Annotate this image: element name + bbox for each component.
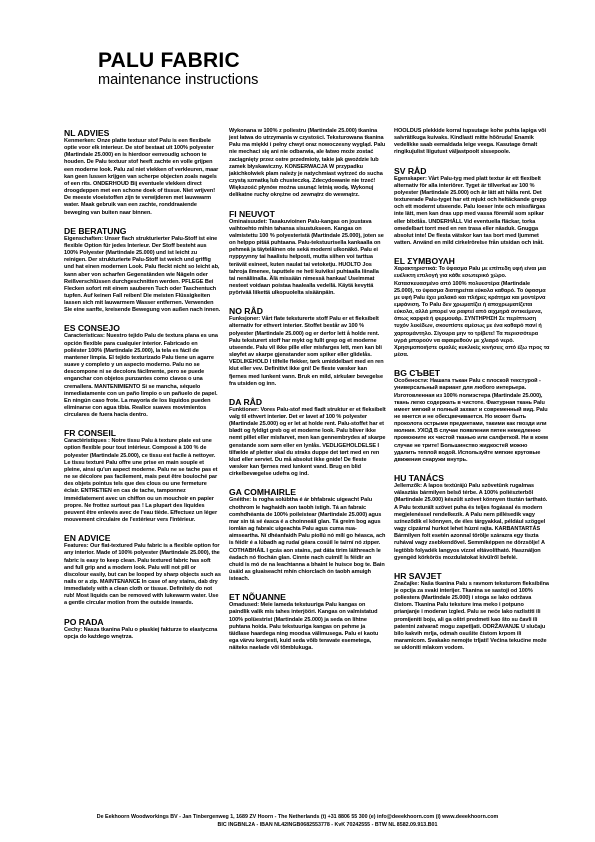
section-body: Особености: Нашата тъкан Palu с плоской … — [394, 378, 551, 464]
section-el: EL ΣΥΜΒΟΥΛΗ Χαρακτηριστικά: Το ύφασμα Pa… — [394, 256, 551, 359]
section-hu: HU TANÁCS Jellemzők: A lapos textúrájú P… — [394, 473, 551, 562]
footer-bank-line: BIC INGBNL2A - IBAN NL42INGB0682553778 -… — [0, 821, 595, 829]
section-heading: HR SAVJET — [394, 571, 551, 581]
document-subtitle: maintenance instructions — [98, 72, 258, 89]
section-heading: DE BERATUNG — [64, 226, 221, 236]
section-body: Značajke: Naša tkanina Palu s ravnom tek… — [394, 581, 551, 653]
section-heading: HU TANÁCS — [394, 473, 551, 483]
section-en: EN ADVICE Features: Our flat-textured Pa… — [64, 533, 221, 607]
section-heading: EL ΣΥΜΒΟΥΛΗ — [394, 256, 551, 266]
company-footer: De Eekhoorn Woodworkings BV - Jan Tinber… — [0, 813, 595, 829]
section-heading: PO RADA — [64, 617, 221, 627]
section-heading: DA RÅD — [229, 397, 386, 407]
section-heading: ES CONSEJO — [64, 323, 221, 333]
section-heading: FI NEUVOT — [229, 209, 386, 219]
document-header: PALU FABRIC maintenance instructions — [98, 50, 258, 89]
section-heading: NO RÅD — [229, 306, 386, 316]
section-ga: GA COMHAIRLE Gnéithe: Is rogha solúbtha … — [229, 487, 386, 583]
section-body: Omadused: Meie lameda tekstuuriga Palu k… — [229, 602, 386, 652]
section-heading: EN ADVICE — [64, 533, 221, 543]
section-fi: FI NEUVOT Ominaisuudet: Tasakuvioinen Pa… — [229, 209, 386, 298]
section-fr: FR CONSEIL Caractéristiques : Notre tiss… — [64, 428, 221, 524]
section-nl: NL ADVIES Kenmerken: Onze platte textuur… — [64, 128, 221, 217]
section-body: Features: Our flat-textured Palu fabric … — [64, 543, 221, 607]
section-po: PO RADA Cechy: Nasza tkanina Palu o płas… — [64, 617, 221, 641]
section-es: ES CONSEJO Características: Nuestro teji… — [64, 323, 221, 419]
section-no: NO RÅD Funksjoner: Vårt flate teksturert… — [229, 306, 386, 388]
section-heading: FR CONSEIL — [64, 428, 221, 438]
section-body: Ominaisuudet: Tasakuvioinen Palu-kangas … — [229, 219, 386, 298]
column-2: Wykonana w 100% z poliestru (Martindale … — [229, 128, 386, 661]
section-de: DE BERATUNG Eigenschaften: Unser flach s… — [64, 226, 221, 315]
section-body: Funktioner: Vores Palu-stof med fladt st… — [229, 407, 386, 479]
section-da: DA RÅD Funktioner: Vores Palu-stof med f… — [229, 397, 386, 479]
section-body: Jellemzők: A lapos textúrájú Palu szövet… — [394, 483, 551, 562]
section-body: Caractéristiques : Notre tissu Palu à te… — [64, 438, 221, 524]
column-3: HOOLDUS plekkide korral tupsutage kohe p… — [394, 128, 551, 661]
section-body: Egenskaper: Vårt Palu-tyg med platt text… — [394, 176, 551, 248]
section-body: HOOLDUS plekkide korral tupsutage kohe p… — [394, 128, 551, 157]
section-heading: BG СЪВЕТ — [394, 368, 551, 378]
content-columns: NL ADVIES Kenmerken: Onze platte textuur… — [64, 128, 552, 661]
section-et-continued: HOOLDUS plekkide korral tupsutage kohe p… — [394, 128, 551, 157]
section-body: Wykonana w 100% z poliestru (Martindale … — [229, 128, 386, 200]
section-et: ET NÕUANNE Omadused: Meie lameda tekstuu… — [229, 592, 386, 652]
section-sv: SV RÅD Egenskaper: Vårt Palu-tyg med pla… — [394, 166, 551, 248]
column-1: NL ADVIES Kenmerken: Onze platte textuur… — [64, 128, 221, 661]
section-heading: SV RÅD — [394, 166, 551, 176]
section-hr: HR SAVJET Značajke: Naša tkanina Palu s … — [394, 571, 551, 653]
section-heading: NL ADVIES — [64, 128, 221, 138]
section-body: Gnéithe: Is rogha solúbtha é ár bhfabrai… — [229, 497, 386, 583]
footer-contact-line: De Eekhoorn Woodworkings BV - Jan Tinber… — [0, 813, 595, 821]
section-heading: ET NÕUANNE — [229, 592, 386, 602]
section-po-continued: Wykonana w 100% z poliestru (Martindale … — [229, 128, 386, 200]
section-body: Cechy: Nasza tkanina Palu o płaskiej fak… — [64, 627, 221, 641]
section-body: Kenmerken: Onze platte textuur stof Palu… — [64, 138, 221, 217]
section-body: Características: Nuestro tejido Palu de … — [64, 333, 221, 419]
document-title: PALU FABRIC — [98, 50, 258, 72]
section-body: Eigenschaften: Unser flach strukturierte… — [64, 236, 221, 315]
section-bg: BG СЪВЕТ Особености: Нашата тъкан Palu с… — [394, 368, 551, 464]
section-body: Funksjoner: Vårt flate teksturerte stoff… — [229, 316, 386, 388]
section-body: Χαρακτηριστικά: Το ύφασμα Palu με επίπεδ… — [394, 266, 551, 359]
section-heading: GA COMHAIRLE — [229, 487, 386, 497]
